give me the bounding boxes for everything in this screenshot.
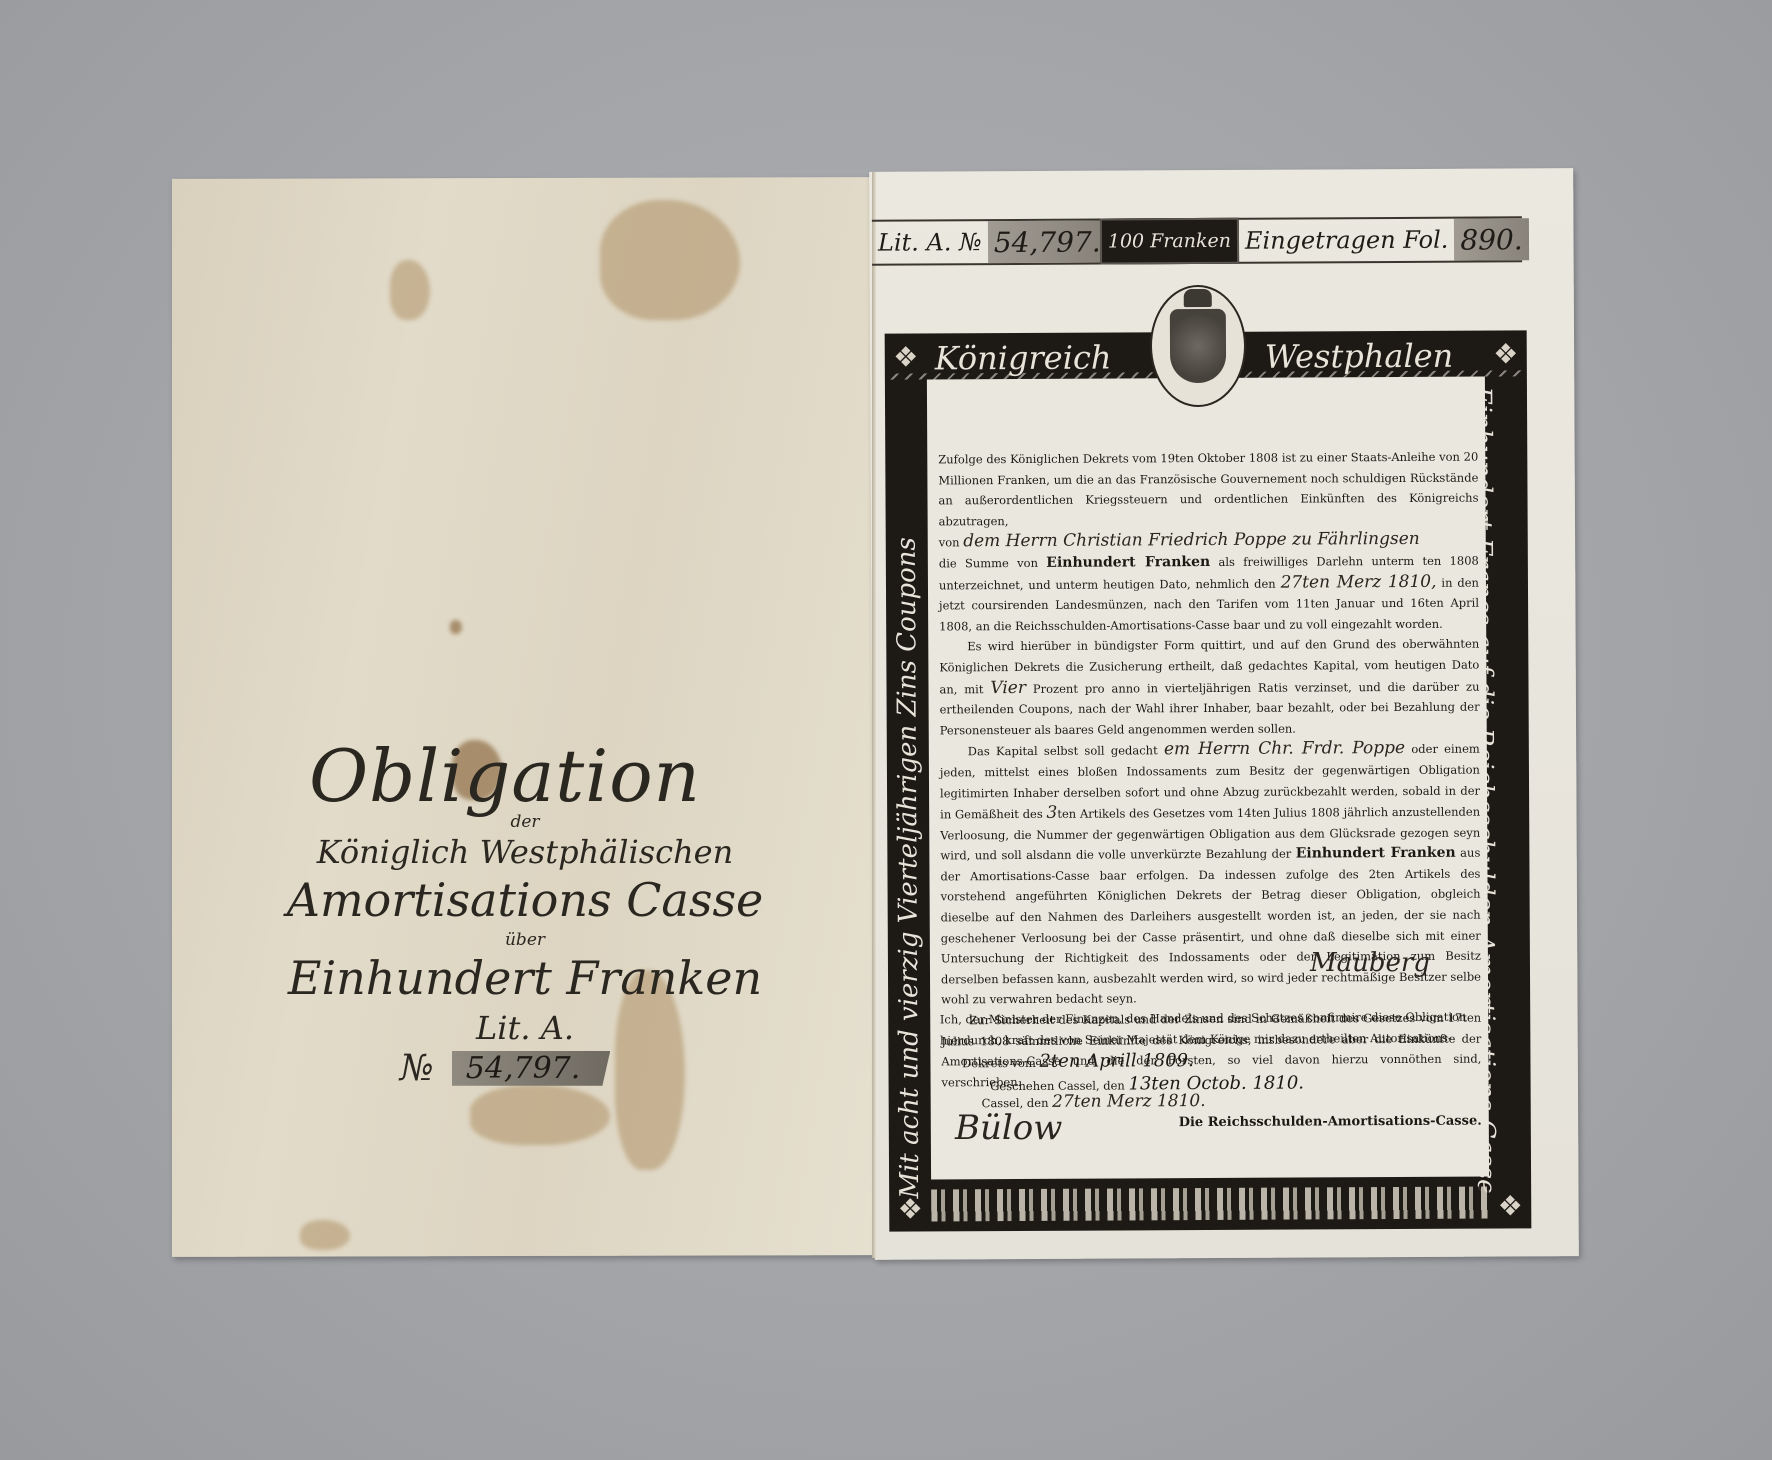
registered-label: Eingetragen Fol. xyxy=(1239,219,1455,262)
corner-ornament-icon: ❖ xyxy=(1485,330,1527,376)
water-stain xyxy=(600,200,740,320)
frame-title-left: Königreich xyxy=(935,339,1112,378)
decree-date: 2ten Aprill 1809. xyxy=(1039,1050,1193,1072)
amount-label: 100 Franken xyxy=(1100,218,1239,265)
cover-number: 54,797. xyxy=(452,1051,611,1086)
amount-text: Einhundert Franken xyxy=(1296,845,1456,862)
article-number: 3 xyxy=(1046,803,1057,823)
holder-name: dem Herrn Christian Friedrich Poppe zu F… xyxy=(963,529,1420,551)
cover-line-3: Einhundert Franken xyxy=(172,950,878,1008)
vine-border-icon xyxy=(931,1187,1489,1222)
coat-of-arms xyxy=(1150,285,1247,408)
amount-text: Einhundert Franken xyxy=(1046,554,1210,571)
frame-title-right: Westphalen xyxy=(1265,337,1454,376)
p4-text: aus der Amortisations-Casse baar erfolge… xyxy=(940,846,1481,1007)
minister-text: Ich, der Minister der Finanzen, des Hand… xyxy=(940,1007,1485,1052)
crown-icon xyxy=(1184,289,1212,307)
decree-line: Dekrets vom 2ten Aprill 1809. xyxy=(940,1049,1485,1075)
p4-text: Das Kapital selbst soll gedacht xyxy=(968,744,1158,759)
issuer-signature: Mauberg xyxy=(1310,948,1430,978)
cover-ueber: über xyxy=(172,930,878,950)
lit-label: Lit. A. № xyxy=(872,221,988,264)
cover-title: Obligation xyxy=(132,740,878,812)
p2-text: die Summe von xyxy=(939,556,1038,571)
header-strip: Lit. A. № 54,797. 100 Franken Eingetrage… xyxy=(872,216,1522,265)
decree-label: Dekrets vom xyxy=(962,1056,1036,1070)
corner-ornament-icon: ❖ xyxy=(885,333,927,379)
water-stain xyxy=(470,1085,610,1145)
paragraph-3: Es wird hierüber in bündigster Form quit… xyxy=(939,634,1480,741)
minister-signature: Bülow xyxy=(955,1108,1062,1148)
von-label: von xyxy=(939,536,960,550)
holder-line: von dem Herrn Christian Friedrich Poppe … xyxy=(939,529,1479,553)
cover-number-row: № 54,797. xyxy=(132,1048,878,1089)
deposit-date: 27ten Merz 1810, xyxy=(1281,571,1437,592)
cover-title-block: Obligation der Königlich Westphälischen … xyxy=(172,740,878,1089)
done-line: Geschehen Cassel, den 13ten Octob. 1810. xyxy=(940,1072,1485,1098)
paragraph-2: die Summe von Einhundert Franken als fre… xyxy=(939,551,1479,637)
page-fold xyxy=(872,172,876,1258)
crest-shield-icon xyxy=(1170,309,1226,383)
paragraph-1: Zufolge des Königlichen Dekrets vom 19te… xyxy=(938,447,1478,532)
folio-number: 890. xyxy=(1454,218,1529,260)
ink-spot xyxy=(450,620,462,634)
cover-line-2: Amortisations Casse xyxy=(172,872,878,930)
number-sign: № xyxy=(400,1048,434,1089)
serial-number: 54,797. xyxy=(988,221,1100,264)
done-label: Geschehen Cassel, den xyxy=(990,1078,1125,1093)
cover-line-1: Königlich Westphälischen xyxy=(172,832,878,872)
frame-left-band: Mit acht und vierzig Vierteljährigen Zin… xyxy=(892,537,925,1199)
water-stain xyxy=(300,1220,350,1250)
cover-der: der xyxy=(172,812,878,832)
holder-name-short: em Herrn Chr. Frdr. Poppe xyxy=(1164,738,1405,759)
cover-lit: Lit. A. xyxy=(172,1008,878,1048)
water-stain xyxy=(390,260,430,320)
interest-rate: Vier xyxy=(990,677,1026,697)
minister-confirmation: Ich, der Minister der Finanzen, des Hand… xyxy=(940,1007,1485,1098)
done-date: 13ten Octob. 1810. xyxy=(1128,1073,1304,1095)
